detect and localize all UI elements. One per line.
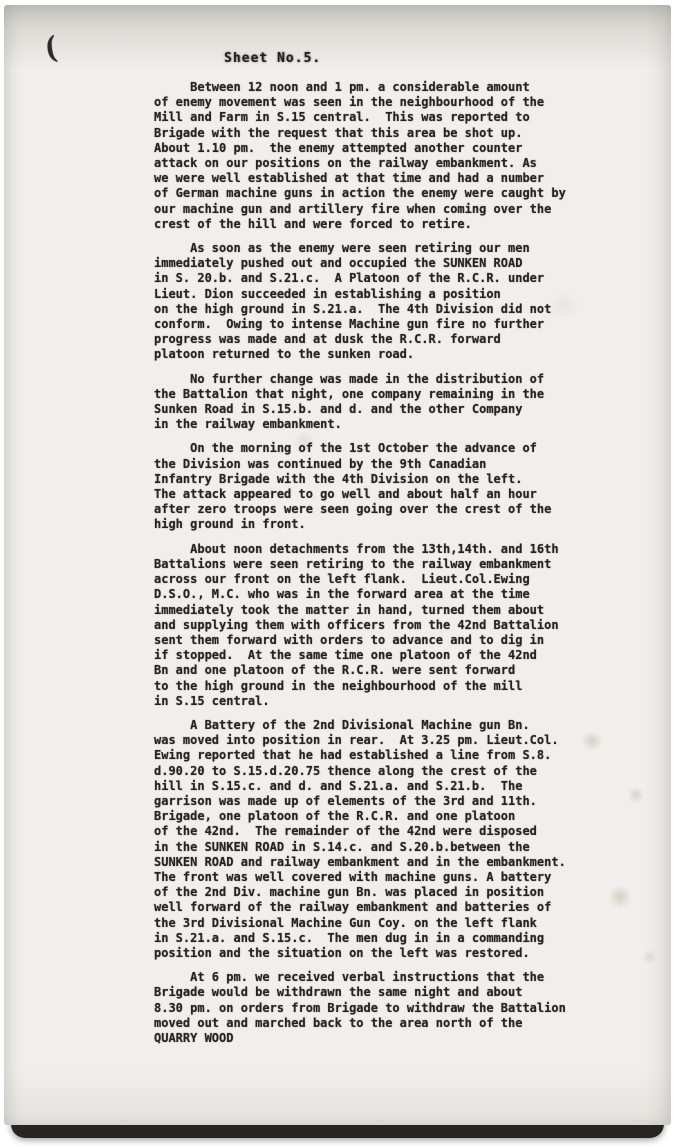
paragraph-6: A Battery of the 2nd Divisional Machine … [154, 718, 635, 961]
paragraph-2: As soon as the enemy were seen retiring … [154, 241, 635, 363]
paragraph-5: About noon detachments from the 13th,14t… [154, 542, 635, 709]
page-title: Sheet No.5. [224, 51, 635, 66]
paragraph-3: No further change was made in the distri… [154, 372, 635, 433]
paragraph-1: Between 12 noon and 1 pm. a considerable… [154, 80, 635, 232]
document-page: ( Sheet No.5. Between 12 noon and 1 pm. … [4, 5, 671, 1125]
paragraph-7: At 6 pm. we received verbal instructions… [154, 970, 635, 1046]
scanned-document: ( Sheet No.5. Between 12 noon and 1 pm. … [0, 0, 675, 1147]
paragraph-4: On the morning of the 1st October the ad… [154, 441, 635, 532]
document-text: Sheet No.5. Between 12 noon and 1 pm. a … [4, 5, 671, 1055]
